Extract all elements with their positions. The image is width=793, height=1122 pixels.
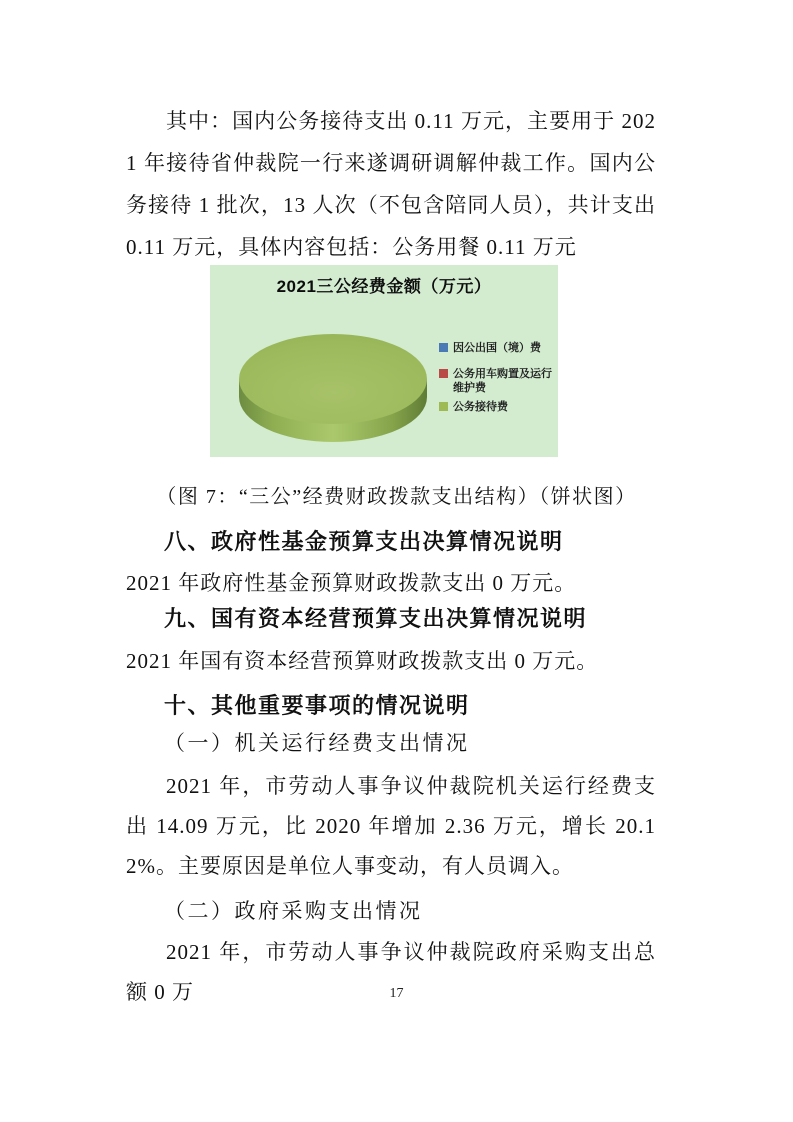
legend-item-vehicle: 公务用车购置及运行维护费 — [439, 367, 553, 395]
page-number: 17 — [0, 986, 793, 1002]
legend-swatch-abroad — [439, 343, 448, 352]
pie-3d-graphic — [222, 331, 452, 456]
section-10-sub1-body: 2021 年，市劳动人事争议仲裁院机关运行经费支出 14.09 万元，比 202… — [126, 766, 656, 886]
chart-title: 2021三公经费金额（万元） — [210, 272, 558, 297]
legend-swatch-reception — [439, 402, 448, 411]
document-page: 其中：国内公务接待支出 0.11 万元，主要用于 2021 年接待省仲裁院一行来… — [0, 0, 793, 1122]
section-8-heading: 八、政府性基金预算支出决算情况说明 — [164, 525, 664, 556]
three-public-expenses-pie-chart: 2021三公经费金额（万元） — [210, 265, 558, 457]
legend-swatch-vehicle — [439, 369, 448, 378]
section-10-subheading-2: （二）政府采购支出情况 — [164, 895, 664, 925]
chart-legend: 因公出国（境）费 公务用车购置及运行维护费 公务接待费 — [439, 341, 553, 426]
legend-label-reception: 公务接待费 — [453, 400, 508, 414]
legend-label-vehicle: 公务用车购置及运行维护费 — [453, 367, 553, 395]
legend-item-reception: 公务接待费 — [439, 400, 553, 414]
section-8-body: 2021 年政府性基金预算财政拨款支出 0 万元。 — [126, 562, 656, 604]
paragraph-reception-detail: 其中：国内公务接待支出 0.11 万元，主要用于 2021 年接待省仲裁院一行来… — [126, 100, 656, 268]
section-9-heading: 九、国有资本经营预算支出决算情况说明 — [164, 602, 664, 633]
section-10-heading: 十、其他重要事项的情况说明 — [164, 689, 664, 720]
section-9-body: 2021 年国有资本经营预算财政拨款支出 0 万元。 — [126, 640, 656, 682]
section-10-subheading-1: （一）机关运行经费支出情况 — [164, 727, 664, 757]
pie-top-face — [239, 334, 427, 424]
figure-caption: （图 7：“三公”经费财政拨款支出结构）（饼状图） — [0, 480, 793, 509]
legend-label-abroad: 因公出国（境）费 — [453, 341, 541, 355]
legend-item-abroad: 因公出国（境）费 — [439, 341, 553, 355]
